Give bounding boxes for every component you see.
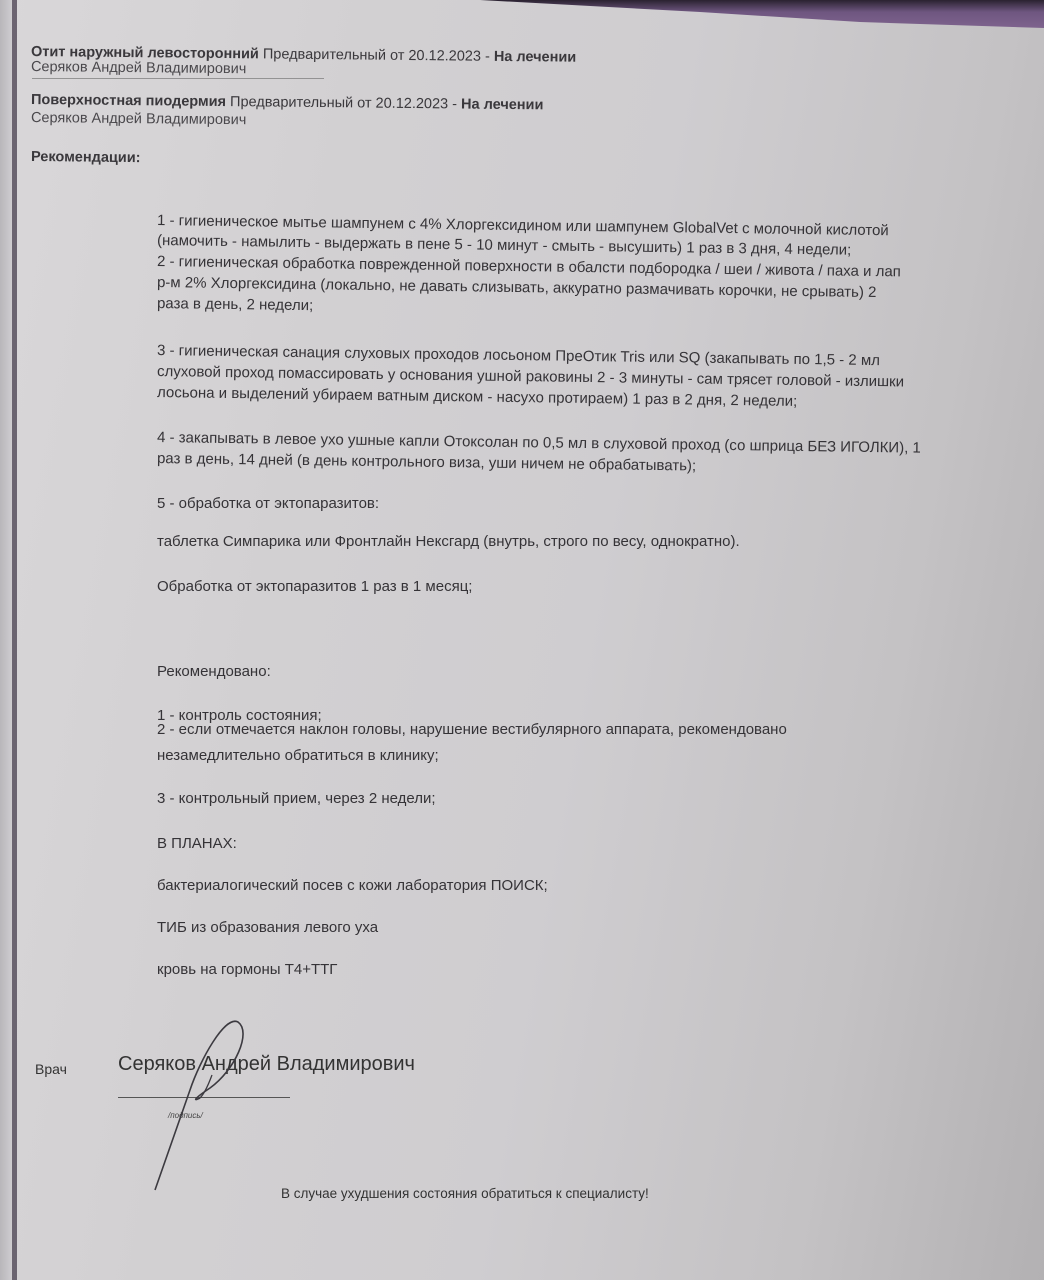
- plans-heading: В ПЛАНАХ:: [157, 834, 237, 854]
- recommended-line: незамедлительно обратиться в клинику;: [157, 746, 439, 766]
- recommendations-heading: Рекомендации:: [31, 147, 141, 168]
- diagnosis-1-status: Предварительный от 20.12.2023 -: [263, 46, 490, 64]
- diagnosis-2-doctor: Серяков Андрей Владимирович: [31, 108, 247, 130]
- recommendation-line: 5 - обработка от эктопаразитов:: [157, 494, 379, 514]
- section-divider: [32, 78, 324, 79]
- diagnosis-2-state: На лечении: [461, 97, 544, 114]
- recommended-heading: Рекомендовано:: [157, 662, 271, 682]
- doctor-role-label: Врач: [35, 1059, 67, 1079]
- recommended-line: 2 - если отмечается наклон головы, наруш…: [157, 720, 787, 740]
- diagnosis-2-status: Предварительный от 20.12.2023 -: [230, 94, 457, 112]
- recommendation-line: раза в день, 2 недели;: [157, 294, 314, 316]
- handwritten-signature: [140, 1010, 280, 1200]
- recommended-line: 3 - контрольный прием, через 2 недели;: [157, 789, 436, 809]
- binder-edge: [0, 0, 12, 1280]
- diagnosis-1-state: На лечении: [494, 49, 577, 66]
- footer-note: В случае ухудшения состояния обратиться …: [281, 1184, 649, 1204]
- binder-spine: [12, 0, 17, 1280]
- diagnosis-1-doctor: Серяков Андрей Владимирович: [31, 57, 247, 79]
- plan-line: ТИБ из образования левого уха: [157, 918, 378, 938]
- recommendation-line: Обработка от эктопаразитов 1 раз в 1 мес…: [157, 577, 472, 597]
- recommendation-line: таблетка Симпарика или Фронтлайн Нексгар…: [157, 532, 740, 552]
- plan-line: бактериалогический посев с кожи лаборато…: [157, 876, 548, 896]
- plan-line: кровь на гормоны Т4+ТТГ: [157, 960, 337, 980]
